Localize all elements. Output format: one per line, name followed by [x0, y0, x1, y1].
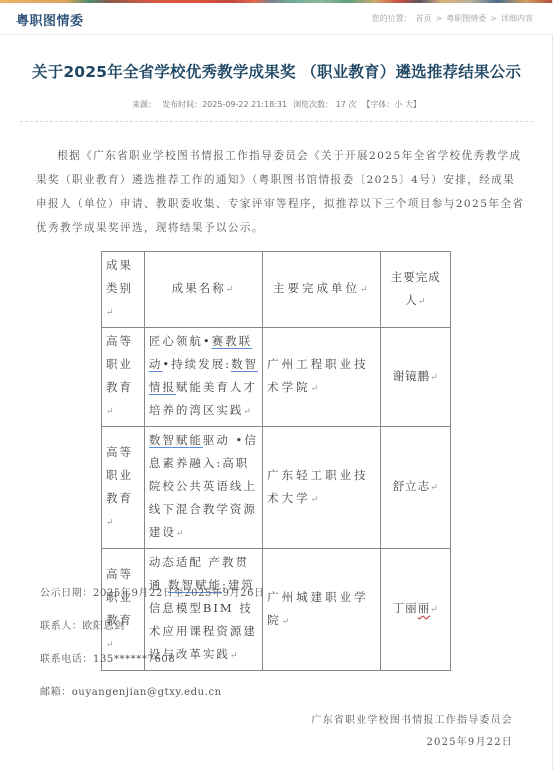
cell-unit: 广东轻工职业技术大学↵ — [263, 427, 381, 549]
cell-unit: 广州工程职业技术学院↵ — [263, 328, 381, 427]
title-divider — [20, 121, 533, 122]
cell-category: 高等职业教育↵ — [102, 328, 145, 427]
contact-email: 邮箱：ouyangenjian@gtxy.edu.cn — [40, 685, 265, 718]
contact-info: 公示日期：2025年9月22日至2025年9月26日 联系人：欧阳恩剑 联系电话… — [40, 586, 265, 718]
cell-person: 谢镜鹏↵ — [381, 328, 451, 427]
breadcrumb-section[interactable]: 粤职图情委 — [446, 13, 486, 24]
cell-person: 舒立志↵ — [381, 427, 451, 549]
table-row: 高等职业教育↵ 数智赋能驱动 •信息素养融入:高职院校公共英语线上线下混合教学资… — [102, 427, 451, 549]
view-count: 浏览次数： 17 次 — [293, 99, 356, 110]
cell-person: 丁丽丽↵ — [381, 549, 451, 671]
contact-phone: 联系电话：135******7608 — [40, 652, 265, 685]
article-meta: 来源： 发布时间：2025-09-22 21:18:31 浏览次数： 17 次 … — [0, 99, 553, 110]
signoff: 广东省职业学校图书情报工作指导委员会 2025年9月22日 — [311, 712, 513, 756]
issue-date: 2025年9月22日 — [311, 734, 513, 756]
cell-name: 匠心领航•赛教联动•持续发展:数智情报赋能美育人才培养的湾区实践↵ — [144, 328, 262, 427]
header-person: 主要完成人↵ — [381, 252, 451, 328]
notice-period: 公示日期：2025年9月22日至2025年9月26日 — [40, 586, 265, 619]
breadcrumb-separator: > — [490, 14, 497, 23]
article-intro: 根据《广东省职业学校图书情报工作指导委员会《关于开展2025年全省学校优秀教学成… — [36, 144, 526, 240]
cell-unit: 广州城建职业学院↵ — [263, 549, 381, 671]
font-size-controls: 【字体：小 大】 — [362, 99, 421, 110]
cell-category: 高等职业教育↵ — [102, 427, 145, 549]
publish-time: 发布时间：2025-09-22 21:18:31 — [162, 99, 287, 110]
header-category: 成果类别↵ — [102, 252, 145, 328]
site-brand[interactable]: 粤职图情委 — [16, 10, 84, 29]
header-name: 成果名称↵ — [144, 252, 262, 328]
breadcrumb-separator: > — [436, 14, 443, 23]
article-title: 关于2025年全省学校优秀教学成果奖 （职业教育）遴选推荐结果公示 — [0, 60, 553, 82]
site-header: 粤职图情委 您的位置： 首页 > 粤职图情委 > 详细内容 — [0, 3, 553, 35]
breadcrumb-current: 详细内容 — [501, 13, 533, 24]
header-unit: 主要完成单位↵ — [263, 252, 381, 328]
table-row: 高等职业教育↵ 匠心领航•赛教联动•持续发展:数智情报赋能美育人才培养的湾区实践… — [102, 328, 451, 427]
table-header-row: 成果类别↵ 成果名称↵ 主要完成单位↵ 主要完成人↵ — [102, 252, 451, 328]
cell-name: 数智赋能驱动 •信息素养融入:高职院校公共英语线上线下混合教学资源建设↵ — [144, 427, 262, 549]
issuer: 广东省职业学校图书情报工作指导委员会 — [311, 712, 513, 734]
contact-person: 联系人：欧阳恩剑 — [40, 619, 265, 652]
breadcrumb-home[interactable]: 首页 — [416, 13, 432, 24]
font-large-link[interactable]: 大 — [405, 100, 413, 109]
breadcrumb: 您的位置： 首页 > 粤职图情委 > 详细内容 — [372, 13, 533, 24]
source-label: 来源： — [132, 99, 156, 110]
font-small-link[interactable]: 小 — [394, 100, 402, 109]
breadcrumb-prefix: 您的位置： — [372, 13, 412, 24]
